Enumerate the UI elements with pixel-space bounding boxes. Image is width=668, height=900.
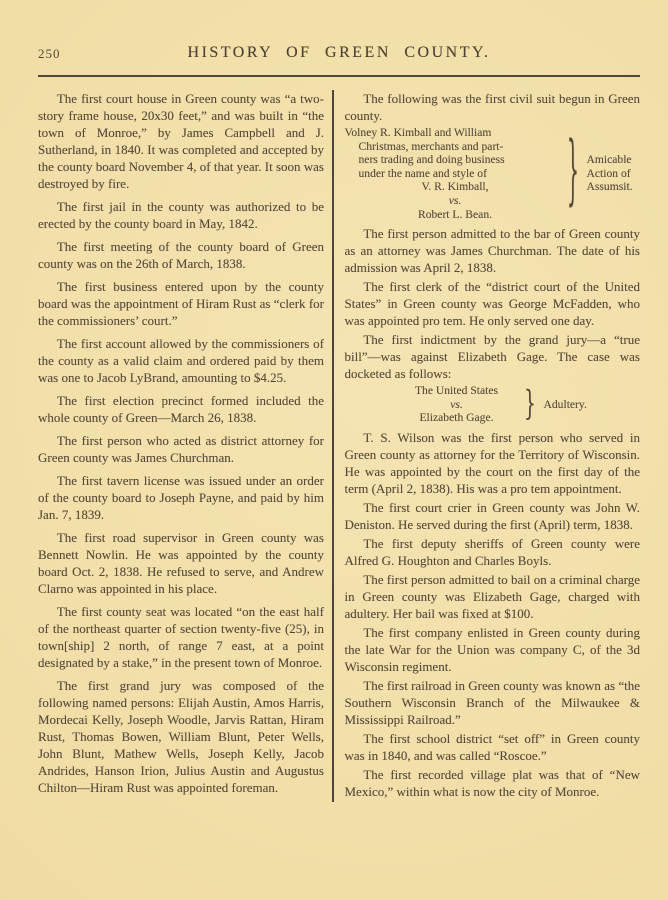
paragraph: The first tavern license was issued unde… (38, 472, 324, 523)
paragraph: The first meeting of the county board of… (38, 238, 324, 272)
case-label-line: Assumsit. (587, 180, 633, 194)
paragraph: The first grand jury was composed of the… (38, 677, 324, 796)
case-vs: vs. (345, 194, 566, 208)
paragraph: The first court house in Green county wa… (38, 90, 324, 192)
paragraph: The first account allowed by the commiss… (38, 335, 324, 386)
paragraph: The first company enlisted in Green coun… (345, 624, 641, 675)
paragraph-group: T. S. Wilson was the first person who se… (345, 429, 641, 800)
paragraph: The first business entered upon by the c… (38, 278, 324, 329)
right-column: The following was the first civil suit b… (334, 90, 641, 802)
paragraph: The first recorded village plat was that… (345, 766, 641, 800)
case-line: Christmas, merchants and part- (345, 140, 566, 154)
left-column: The first court house in Green county wa… (38, 90, 332, 802)
brace-column: } (523, 384, 538, 425)
paragraph: The first election precinct formed inclu… (38, 392, 324, 426)
paragraph: The first clerk of the “district court o… (345, 278, 641, 329)
paragraph: The first deputy sheriffs of Green count… (345, 535, 641, 569)
paragraph: The first person who acted as district a… (38, 432, 324, 466)
paragraph: The first school district “set off” in G… (345, 730, 641, 764)
case-parties: Volney R. Kimball and William Christmas,… (345, 126, 566, 221)
case-line: The United States (391, 384, 523, 398)
case-line: Robert L. Bean. (345, 208, 566, 222)
header-rule (38, 75, 640, 77)
case-line: Elizabeth Gage. (391, 411, 523, 425)
paragraph: The first person admitted to the bar of … (345, 225, 641, 276)
curly-brace-icon: } (567, 150, 579, 197)
paragraph: The first jail in the county was authori… (38, 198, 324, 232)
paragraph: The following was the first civil suit b… (345, 90, 641, 124)
case-line: ners trading and doing business (345, 153, 566, 167)
paragraph: The first indictment by the grand jury—a… (345, 331, 641, 382)
curly-brace-icon: } (524, 394, 536, 415)
case-parties: The United States vs. Elizabeth Gage. (391, 384, 523, 425)
case-label-line: Amicable (587, 153, 633, 167)
paragraph: The first person admitted to bail on a c… (345, 571, 641, 622)
case-vs: vs. (391, 398, 523, 412)
paragraph: T. S. Wilson was the first person who se… (345, 429, 641, 497)
brace-column: } (566, 126, 581, 221)
paragraph: The first road supervisor in Green count… (38, 529, 324, 597)
case-caption-us-vs-gage: The United States vs. Elizabeth Gage. } … (391, 384, 641, 425)
case-line: Volney R. Kimball and William (345, 126, 566, 140)
case-label-line: Action of (587, 167, 633, 181)
case-action-label: Amicable Action of Assumsit. (581, 126, 633, 221)
case-caption-kimball-vs-bean: Volney R. Kimball and William Christmas,… (345, 126, 641, 221)
paragraph: The first county seat was located “on th… (38, 603, 324, 671)
paragraph: The first court crier in Green county wa… (345, 499, 641, 533)
paragraph-group: The first person admitted to the bar of … (345, 225, 641, 382)
book-page: 250 HISTORY OF GREEN COUNTY. The first c… (0, 0, 668, 900)
page-number: 250 (38, 46, 61, 62)
page-title: HISTORY OF GREEN COUNTY. (38, 44, 640, 62)
paragraph: The first railroad in Green county was k… (345, 677, 641, 728)
case-line: V. R. Kimball, (345, 180, 566, 194)
case-action-label: Adultery. (538, 384, 587, 425)
page-header: 250 HISTORY OF GREEN COUNTY. (38, 44, 640, 66)
two-column-text: The first court house in Green county wa… (38, 90, 640, 802)
case-line: under the name and style of (345, 167, 566, 181)
